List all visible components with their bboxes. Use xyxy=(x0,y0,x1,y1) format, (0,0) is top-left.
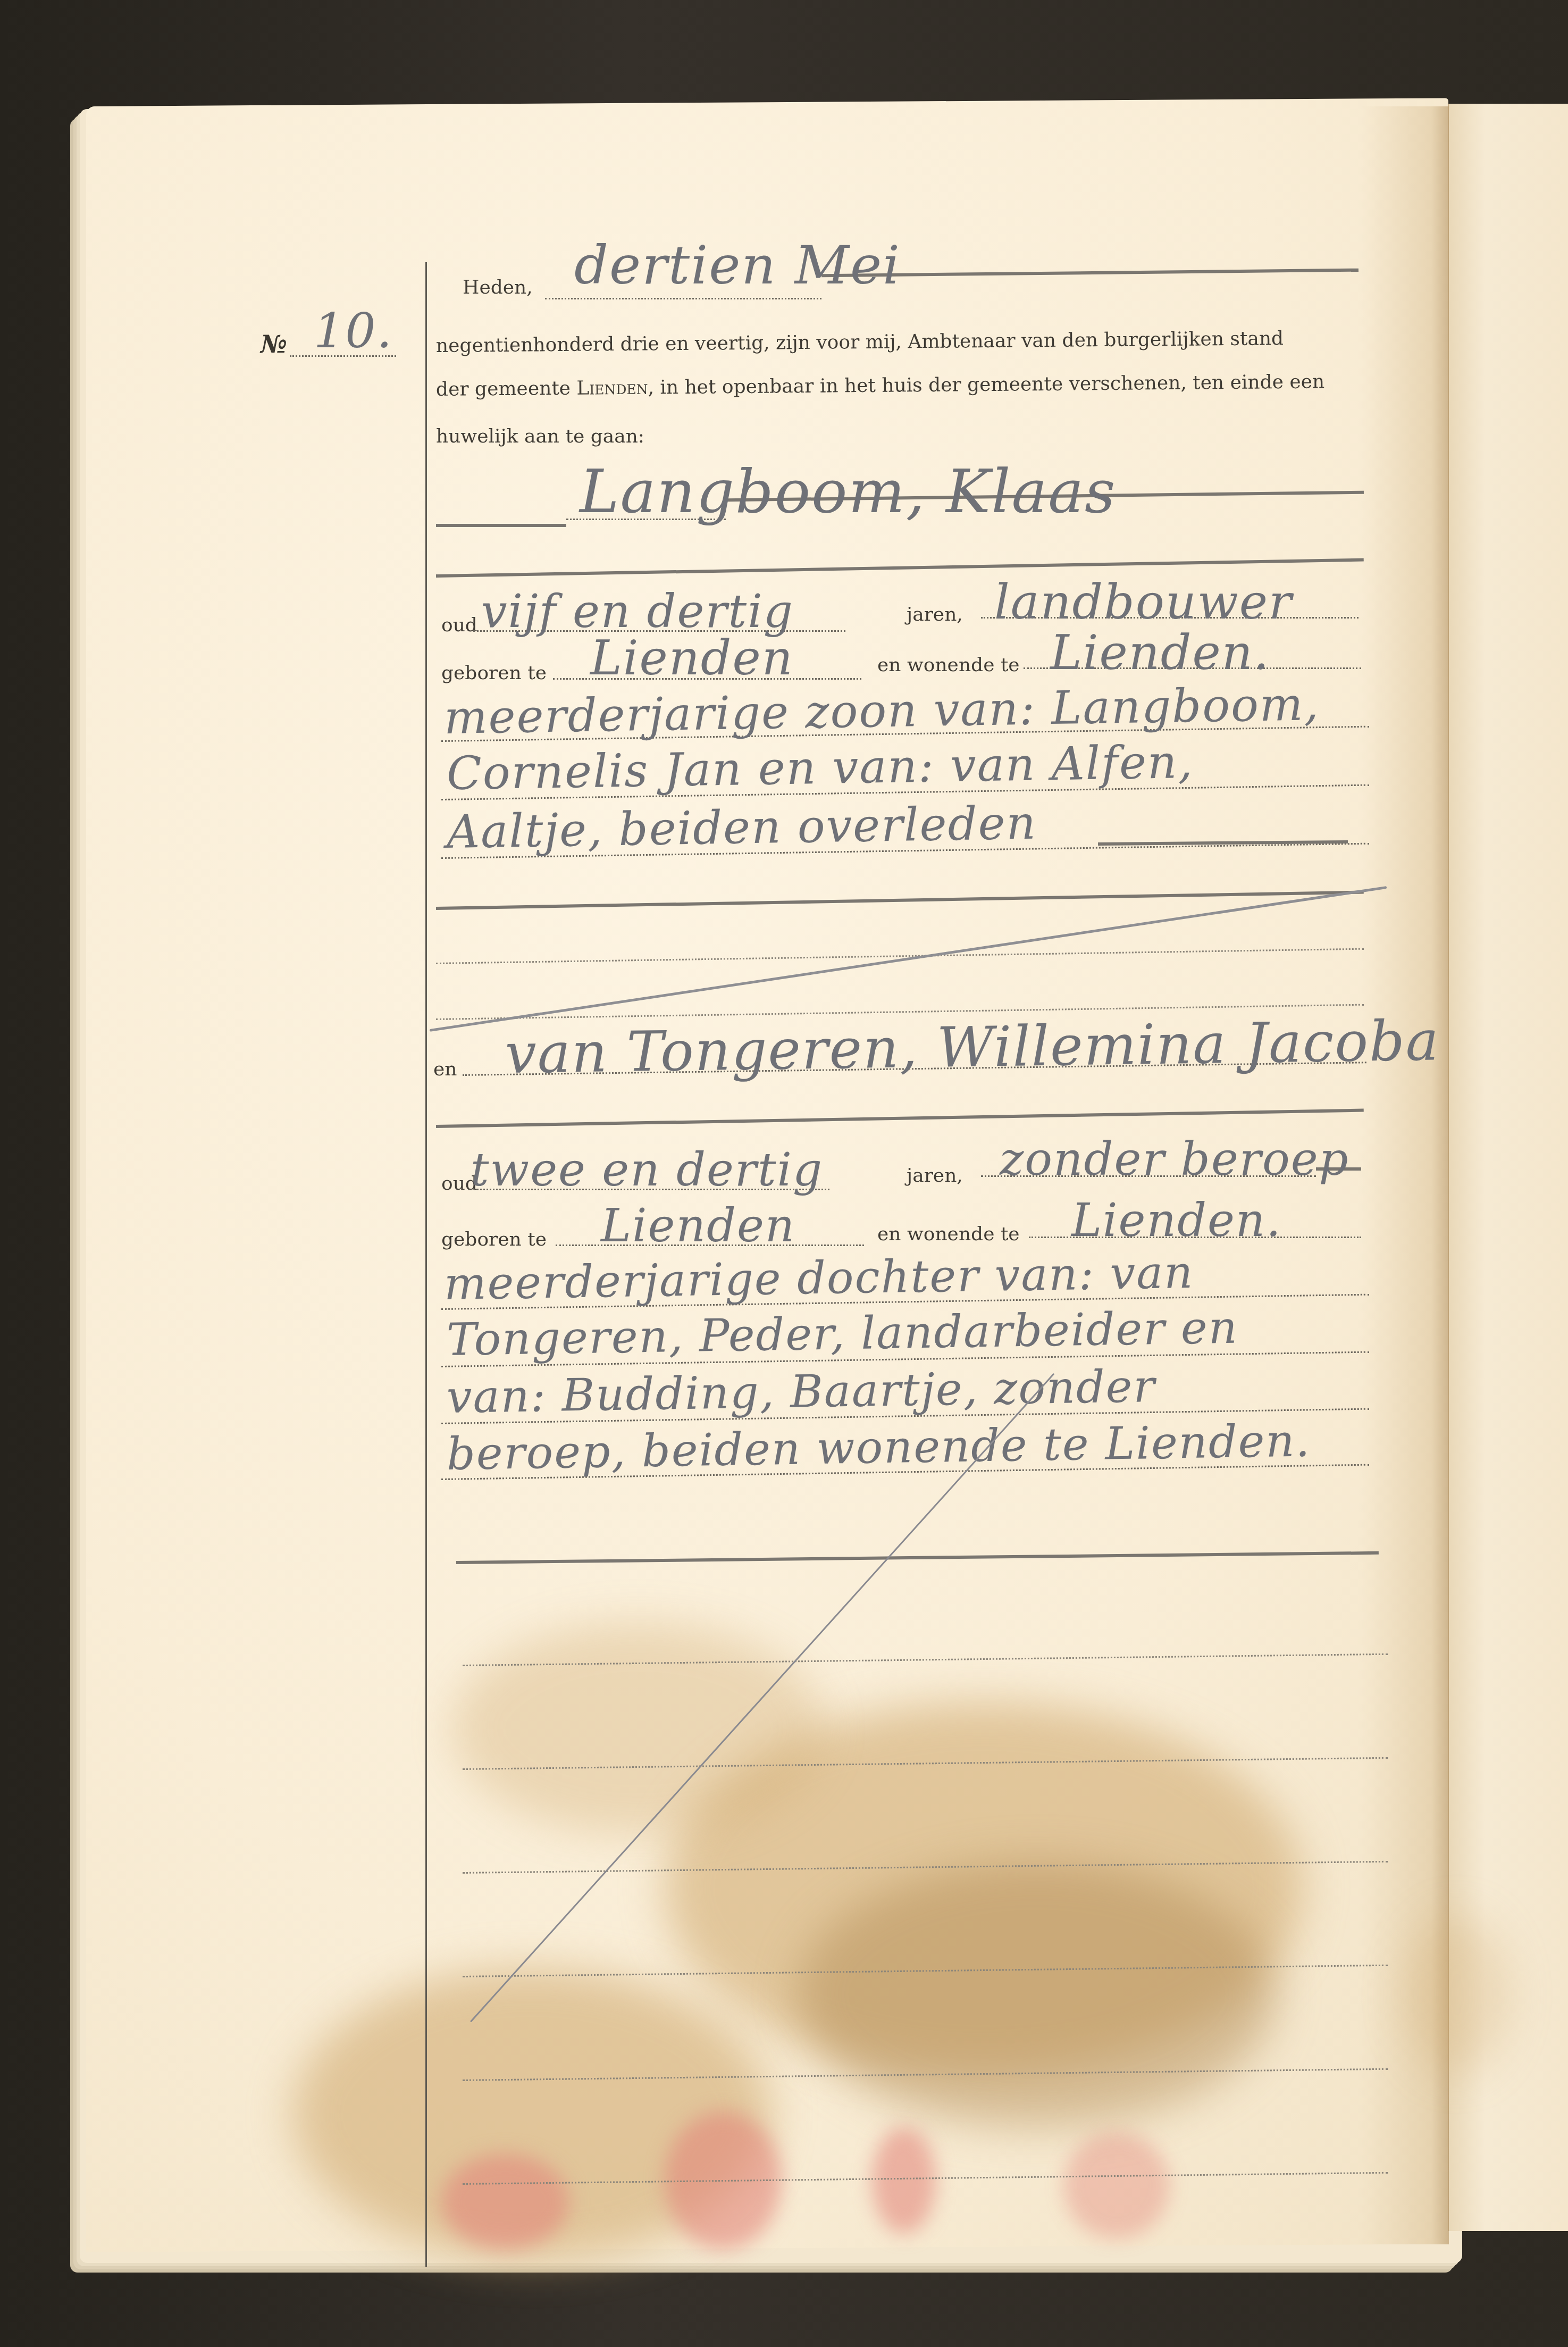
groom-residence: Lienden. xyxy=(1050,625,1270,681)
bride-residence: Lienden. xyxy=(1071,1194,1282,1247)
bride-name: van Tongeren, Willemina Jacoba xyxy=(505,1008,1440,1086)
red-stain xyxy=(1063,2133,1170,2239)
bride-born-label: geboren te xyxy=(441,1229,547,1250)
groom-born-label: geboren te xyxy=(441,662,547,684)
marriage-date: dertien Mei xyxy=(574,234,901,296)
record-number-value: 10. xyxy=(314,303,393,359)
groom-age-label: oud xyxy=(441,614,477,636)
bride-residing-label: en wonende te xyxy=(877,1223,1020,1245)
bride-birthplace: Lienden xyxy=(601,1199,795,1252)
bride-years-label: jaren, xyxy=(907,1165,963,1187)
red-stain xyxy=(441,2154,569,2250)
groom-parents-3: Aaltje, beiden overleden xyxy=(446,797,1037,859)
red-stain xyxy=(872,2127,936,2234)
groom-name: Langboom, Klaas xyxy=(580,457,1116,527)
record-number-label: № xyxy=(261,330,287,358)
bride-parents-3: van: Budding, Baartje, zonder xyxy=(446,1360,1156,1423)
bride-occupation: zonder beroep xyxy=(1000,1133,1349,1186)
groom-residing-label: en wonende te xyxy=(877,654,1020,676)
facing-page-edge xyxy=(1447,104,1568,2231)
groom-birthplace: Lienden xyxy=(590,630,794,686)
groom-occupation: landbouwer xyxy=(994,574,1293,630)
heden-label: Heden, xyxy=(463,277,533,298)
groom-name-line-left xyxy=(436,524,566,527)
date-field-dots xyxy=(545,298,821,299)
bride-age: twee en dertig xyxy=(471,1143,823,1197)
left-margin-rule xyxy=(425,262,427,2267)
municipality-name: Lienden xyxy=(576,377,648,399)
groom-years-label: jaren, xyxy=(907,604,963,625)
gutter-stain xyxy=(1404,1915,1510,2074)
water-stain xyxy=(798,1861,1276,2127)
water-stain xyxy=(452,1622,824,1835)
form-text-line-4: huwelijk aan te gaan: xyxy=(436,425,644,447)
bride-connector: en xyxy=(433,1058,457,1080)
